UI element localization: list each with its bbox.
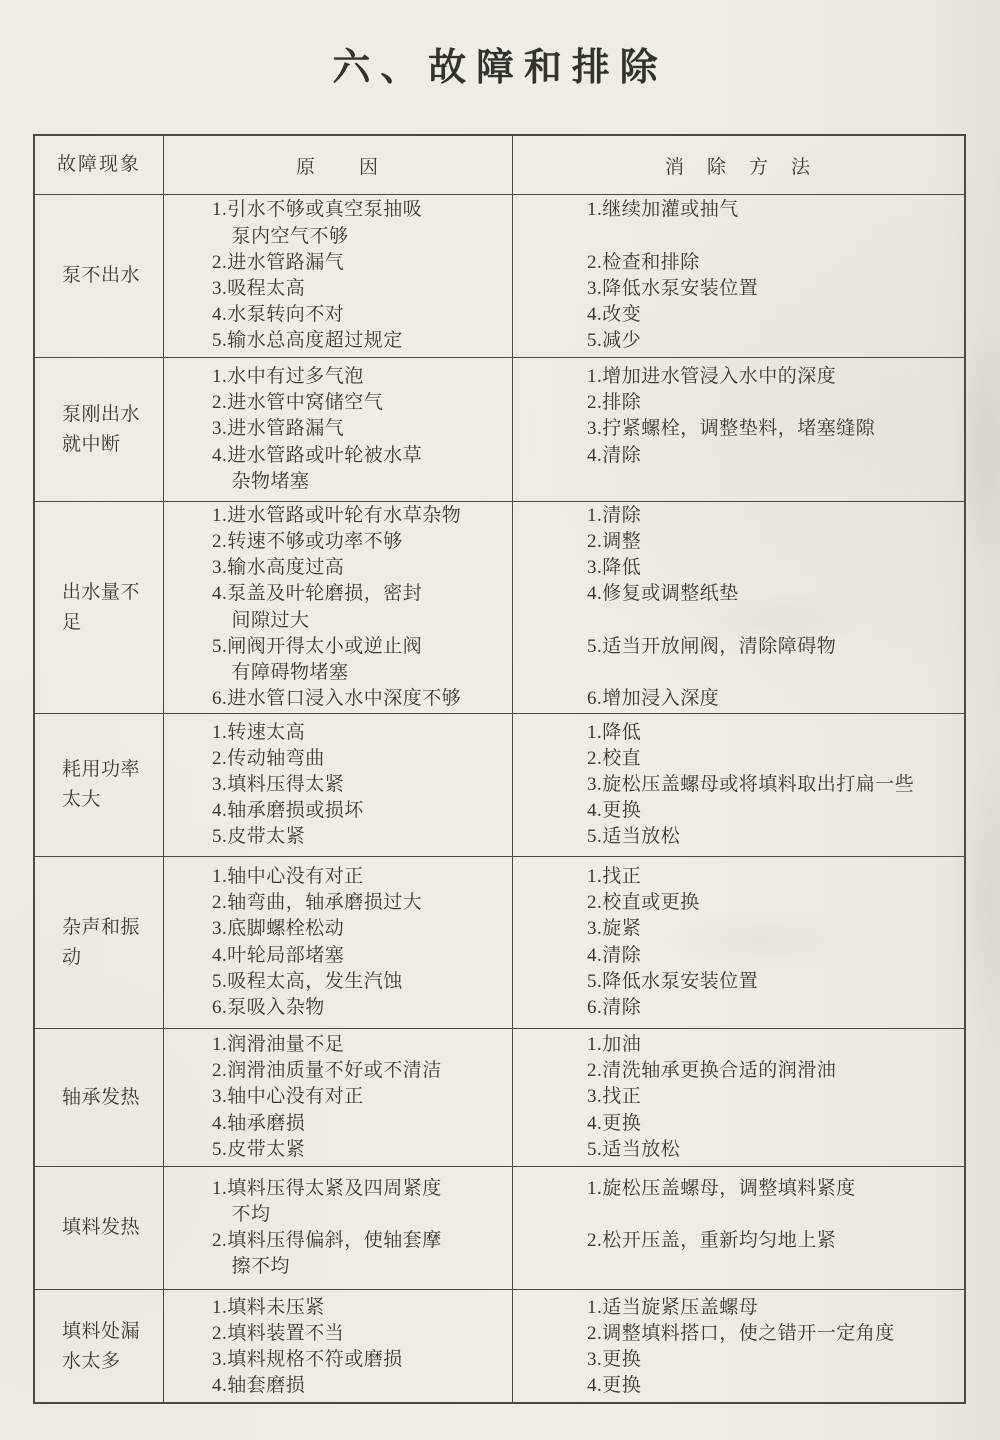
cell-line: 1.加油: [587, 1032, 964, 1058]
cell-line: 耗用功率: [62, 755, 163, 785]
cell-line: 2.轴弯曲，轴承磨损过大: [212, 890, 512, 916]
cell-line: 4.水泵转向不对: [212, 302, 512, 328]
cell-line: 2.进水管路漏气: [212, 250, 512, 276]
solution-cell: 1.加油2.清洗轴承更换合适的润滑油3.找正4.更换5.适当放松: [513, 1029, 964, 1166]
table-row: 泵不出水1.引水不够或真空泵抽吸 泵内空气不够2.进水管路漏气3.吸程太高4.水…: [35, 195, 964, 358]
table-row: 杂声和振动1.轴中心没有对正2.轴弯曲，轴承磨损过大3.底脚螺栓松动4.叶轮局部…: [35, 857, 964, 1029]
solution-cell: 1.找正2.校直或更换3.旋紧4.清除5.降低水泵安装位置6.清除: [513, 857, 964, 1028]
cell-line: 3.输水高度过高: [212, 555, 512, 581]
solution-cell: 1.旋松压盖螺母，调整填料紧度2.松开压盖，重新均匀地上紧: [513, 1167, 964, 1289]
cell-line: 轴承发热: [62, 1083, 163, 1113]
cell-line: 2.填料压得偏斜，使轴套摩: [212, 1228, 512, 1254]
cell-line: 2.清洗轴承更换合适的润滑油: [587, 1058, 964, 1084]
cell-line: 3.旋紧: [587, 916, 964, 942]
header-label: 故障现象: [35, 150, 163, 180]
cell-line: 5.皮带太紧: [212, 824, 512, 850]
cell-line: 2.传动轴弯曲: [212, 746, 512, 772]
cell-line: 2.进水管中窝储空气: [212, 390, 512, 416]
solution-cell: 1.清除2.调整3.降低4.修复或调整纸垫5.适当开放闸阀，清除障碍物6.增加浸…: [513, 502, 964, 713]
cell-line: 4.清除: [587, 443, 964, 469]
cell-line: 4.改变: [587, 302, 964, 328]
cell-line: 2.校直或更换: [587, 890, 964, 916]
cell-line: 2.校直: [587, 746, 964, 772]
cell-line: 足: [62, 608, 163, 638]
table-header-row: 故障现象 原 因 消 除 方 法: [35, 136, 964, 195]
cell-line: 就中断: [62, 430, 163, 460]
header-cell-phenomenon: 故障现象: [35, 136, 164, 194]
table-row: 填料处漏水太多1.填料未压紧2.填料装置不当3.填料规格不符或磨损4.轴套磨损1…: [35, 1290, 964, 1404]
cell-line: 5.降低水泵安装位置: [587, 969, 964, 995]
cell-line: 5.适当开放闸阀，清除障碍物: [587, 634, 964, 660]
cell-line: 1.填料未压紧: [212, 1295, 512, 1321]
cell-line: 6.增加浸入深度: [587, 686, 964, 712]
solution-cell: 1.增加进水管浸入水中的深度2.排除3.拧紧螺栓，调整垫料，堵塞缝隙4.清除: [513, 358, 964, 501]
cell-line: 4.修复或调整纸垫: [587, 581, 964, 607]
cell-line: 擦不均: [212, 1254, 512, 1280]
cell-line: 6.进水管口浸入水中深度不够: [212, 686, 512, 712]
cell-line: 4.轴承磨损或损坏: [212, 798, 512, 824]
cell-line: 5.减少: [587, 328, 964, 354]
cell-line: 不均: [212, 1202, 512, 1228]
solution-cell: 1.继续加灌或抽气2.检查和排除3.降低水泵安装位置4.改变5.减少: [513, 195, 964, 357]
cell-line: 4.更换: [587, 1111, 964, 1137]
cell-line: 3.降低: [587, 555, 964, 581]
document-page: 六、故障和排除 故障现象 原 因 消 除 方 法 泵不出水1.引水不够或真空泵抽…: [0, 0, 1000, 1440]
cell-line: 杂物堵塞: [212, 469, 512, 495]
cell-line: 动: [62, 943, 163, 973]
cell-line: 4.清除: [587, 943, 964, 969]
cell-line: 1.引水不够或真空泵抽吸: [212, 197, 512, 223]
cell-line: 太大: [62, 785, 163, 815]
cell-line: 5.适当放松: [587, 1137, 964, 1163]
cell-line: 泵不出水: [62, 261, 163, 291]
header-cell-solution: 消 除 方 法: [513, 136, 964, 194]
cell-line: 泵刚出水: [62, 400, 163, 430]
cell-line: 5.皮带太紧: [212, 1137, 512, 1163]
cell-line: 4.轴承磨损: [212, 1111, 512, 1137]
cause-cell: 1.进水管路或叶轮有水草杂物2.转速不够或功率不够3.输水高度过高4.泵盖及叶轮…: [164, 502, 513, 713]
cell-line: 1.进水管路或叶轮有水草杂物: [212, 503, 512, 529]
phenomenon-cell: 填料处漏水太多: [35, 1290, 164, 1404]
table-row: 出水量不足1.进水管路或叶轮有水草杂物2.转速不够或功率不够3.输水高度过高4.…: [35, 502, 964, 714]
cell-line: 间隙过大: [212, 608, 512, 634]
cell-line: 3.进水管路漏气: [212, 416, 512, 442]
cell-line: 出水量不: [62, 578, 163, 608]
phenomenon-cell: 轴承发热: [35, 1029, 164, 1166]
cell-line: 6.泵吸入杂物: [212, 995, 512, 1021]
cause-cell: 1.转速太高2.传动轴弯曲3.填料压得太紧4.轴承磨损或损坏5.皮带太紧: [164, 714, 513, 856]
cell-line: 杂声和振: [62, 913, 163, 943]
cell-line: 1.找正: [587, 864, 964, 890]
cell-line: 2.排除: [587, 390, 964, 416]
cell-line: 1.转速太高: [212, 720, 512, 746]
cause-cell: 1.填料未压紧2.填料装置不当3.填料规格不符或磨损4.轴套磨损: [164, 1290, 513, 1404]
cell-line: 3.旋松压盖螺母或将填料取出打扁一些: [587, 772, 964, 798]
header-label: 原 因: [164, 152, 512, 179]
cell-line: 2.松开压盖，重新均匀地上紧: [587, 1228, 964, 1254]
solution-cell: 1.适当旋紧压盖螺母2.调整填料搭口，使之错开一定角度3.更换4.更换: [513, 1290, 964, 1404]
phenomenon-cell: 杂声和振动: [35, 857, 164, 1028]
fault-table: 故障现象 原 因 消 除 方 法 泵不出水1.引水不够或真空泵抽吸 泵内空气不够…: [33, 134, 966, 1404]
cell-line: 1.清除: [587, 503, 964, 529]
cell-line: 3.吸程太高: [212, 276, 512, 302]
cell-line: [587, 660, 964, 686]
cell-line: 3.拧紧螺栓，调整垫料，堵塞缝隙: [587, 416, 964, 442]
cell-line: [587, 608, 964, 634]
cell-line: 填料发热: [62, 1213, 163, 1243]
cause-cell: 1.填料压得太紧及四周紧度 不均2.填料压得偏斜，使轴套摩 擦不均: [164, 1167, 513, 1289]
cell-line: 3.填料规格不符或磨损: [212, 1347, 512, 1373]
cell-line: 5.闸阀开得太小或逆止阀: [212, 634, 512, 660]
phenomenon-cell: 出水量不足: [35, 502, 164, 713]
cell-line: 2.调整: [587, 529, 964, 555]
cell-line: 3.找正: [587, 1084, 964, 1110]
table-row: 轴承发热1.润滑油量不足2.润滑油质量不好或不清洁3.轴中心没有对正4.轴承磨损…: [35, 1029, 964, 1167]
cause-cell: 1.润滑油量不足2.润滑油质量不好或不清洁3.轴中心没有对正4.轴承磨损5.皮带…: [164, 1029, 513, 1166]
cell-line: [587, 224, 964, 250]
phenomenon-cell: 泵不出水: [35, 195, 164, 357]
cell-line: 4.泵盖及叶轮磨损，密封: [212, 581, 512, 607]
phenomenon-cell: 耗用功率太大: [35, 714, 164, 856]
table-row: 填料发热1.填料压得太紧及四周紧度 不均2.填料压得偏斜，使轴套摩 擦不均1.旋…: [35, 1167, 964, 1290]
cell-line: 4.进水管路或叶轮被水草: [212, 443, 512, 469]
cell-line: 5.吸程太高，发生汽蚀: [212, 969, 512, 995]
cell-line: 4.更换: [587, 1373, 964, 1399]
cell-line: 4.更换: [587, 798, 964, 824]
cell-line: 1.轴中心没有对正: [212, 864, 512, 890]
cell-line: 2.润滑油质量不好或不清洁: [212, 1058, 512, 1084]
cell-line: 1.水中有过多气泡: [212, 364, 512, 390]
cell-line: 2.检查和排除: [587, 250, 964, 276]
header-cell-cause: 原 因: [164, 136, 513, 194]
cell-line: 4.轴套磨损: [212, 1373, 512, 1399]
table-row: 耗用功率太大1.转速太高2.传动轴弯曲3.填料压得太紧4.轴承磨损或损坏5.皮带…: [35, 714, 964, 857]
cell-line: 1.适当旋紧压盖螺母: [587, 1295, 964, 1321]
cell-line: 1.润滑油量不足: [212, 1032, 512, 1058]
cell-line: 2.填料装置不当: [212, 1321, 512, 1347]
cause-cell: 1.引水不够或真空泵抽吸 泵内空气不够2.进水管路漏气3.吸程太高4.水泵转向不…: [164, 195, 513, 357]
cell-line: 3.轴中心没有对正: [212, 1084, 512, 1110]
cell-line: 2.调整填料搭口，使之错开一定角度: [587, 1321, 964, 1347]
cell-line: 3.填料压得太紧: [212, 772, 512, 798]
cell-line: 5.输水总高度超过规定: [212, 328, 512, 354]
cell-line: 有障碍物堵塞: [212, 660, 512, 686]
cell-line: 1.降低: [587, 720, 964, 746]
cell-line: [587, 1202, 964, 1228]
cell-line: 1.旋松压盖螺母，调整填料紧度: [587, 1176, 964, 1202]
cell-line: 3.降低水泵安装位置: [587, 276, 964, 302]
solution-cell: 1.降低2.校直3.旋松压盖螺母或将填料取出打扁一些4.更换5.适当放松: [513, 714, 964, 856]
header-label: 消 除 方 法: [513, 152, 964, 179]
phenomenon-cell: 填料发热: [35, 1167, 164, 1289]
cell-line: [587, 1254, 964, 1280]
cell-line: 6.清除: [587, 995, 964, 1021]
cell-line: [587, 469, 964, 495]
cell-line: 1.继续加灌或抽气: [587, 197, 964, 223]
cell-line: 水太多: [62, 1347, 163, 1377]
cell-line: 5.适当放松: [587, 824, 964, 850]
cause-cell: 1.水中有过多气泡2.进水管中窝储空气3.进水管路漏气4.进水管路或叶轮被水草 …: [164, 358, 513, 501]
cell-line: 4.叶轮局部堵塞: [212, 943, 512, 969]
cell-line: 3.底脚螺栓松动: [212, 916, 512, 942]
table-row: 泵刚出水就中断1.水中有过多气泡2.进水管中窝储空气3.进水管路漏气4.进水管路…: [35, 358, 964, 502]
cause-cell: 1.轴中心没有对正2.轴弯曲，轴承磨损过大3.底脚螺栓松动4.叶轮局部堵塞5.吸…: [164, 857, 513, 1028]
page-title: 六、故障和排除: [0, 36, 1000, 91]
cell-line: 2.转速不够或功率不够: [212, 529, 512, 555]
cell-line: 填料处漏: [62, 1317, 163, 1347]
cell-line: 泵内空气不够: [212, 224, 512, 250]
cell-line: 1.填料压得太紧及四周紧度: [212, 1176, 512, 1202]
cell-line: 1.增加进水管浸入水中的深度: [587, 364, 964, 390]
phenomenon-cell: 泵刚出水就中断: [35, 358, 164, 501]
cell-line: 3.更换: [587, 1347, 964, 1373]
